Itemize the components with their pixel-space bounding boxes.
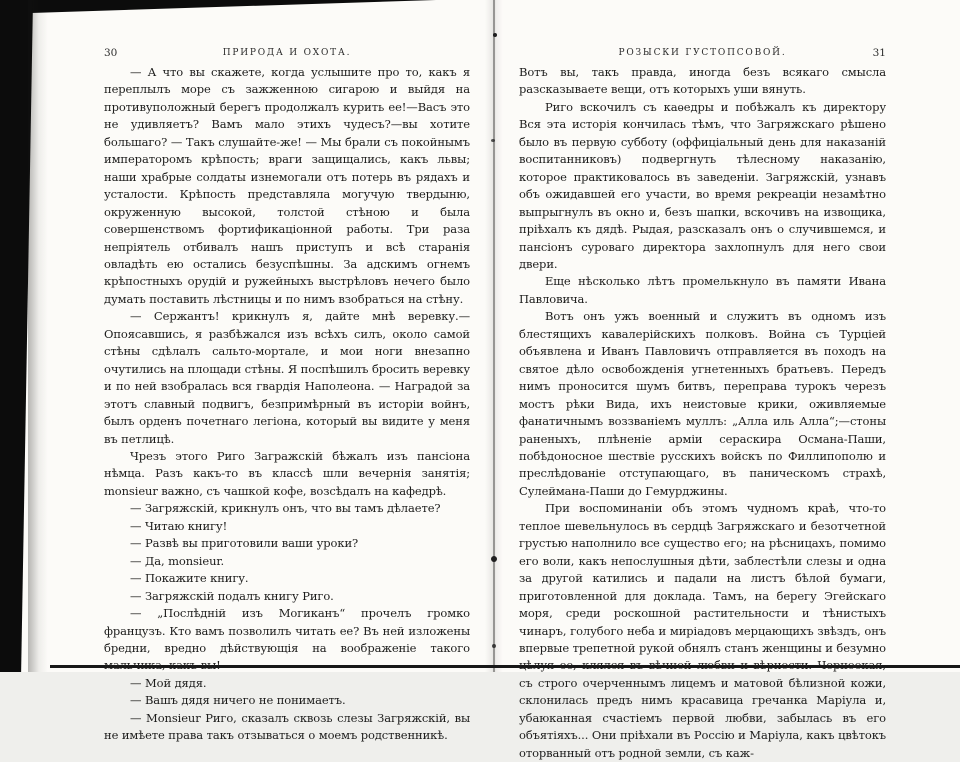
paragraph: Вотъ онъ ужъ военный и служитъ въ одномъ… xyxy=(519,308,886,500)
left-page-text: — А что вы скажете, когда услышите про т… xyxy=(104,64,470,660)
paragraph: — Развѣ вы приготовили ваши уроки? xyxy=(104,535,470,552)
paragraph: — Покажите книгу. xyxy=(104,570,470,587)
paragraph: — Сержантъ! крикнулъ я, дайте мнѣ веревк… xyxy=(104,308,470,448)
right-page-text: Вотъ вы, такъ правда, иногда безъ всякаг… xyxy=(519,64,886,660)
paragraph: — Да, monsieur. xyxy=(104,553,470,570)
left-running-head: ПРИРОДА И ОХОТА. xyxy=(130,48,444,58)
paragraph: — Загряжскій, крикнулъ онъ, что вы тамъ … xyxy=(104,500,470,517)
paragraph: Риго вскочилъ съ каѳедры и побѣжалъ къ д… xyxy=(519,99,886,274)
paragraph: Еще нѣсколько лѣтъ промелькнуло въ памят… xyxy=(519,273,886,308)
paragraph: — „Послѣдній изъ Могиканъ“ прочелъ громк… xyxy=(104,605,470,672)
paragraph: — Загряжскій подалъ книгу Риго. xyxy=(104,588,470,605)
page-edge-shadow xyxy=(28,0,48,672)
scan-speck xyxy=(493,33,497,37)
paragraph: Вотъ вы, такъ правда, иногда безъ всякаг… xyxy=(519,64,886,99)
paragraph: Чрезъ этого Риго Загражскій бѣжалъ изъ п… xyxy=(104,448,470,500)
book-scan: 30 ПРИРОДА И ОХОТА. — А что вы скажете, … xyxy=(0,0,960,672)
scan-speck xyxy=(492,644,496,648)
scan-speck xyxy=(491,139,495,142)
scan-top-edge-shadow xyxy=(0,0,436,14)
paragraph: — Читаю книгу! xyxy=(104,518,470,535)
paragraph: При воспоминаніи объ этомъ чудномъ краѣ,… xyxy=(519,500,886,672)
left-page-number: 30 xyxy=(104,47,130,59)
left-page-header: 30 ПРИРОДА И ОХОТА. xyxy=(104,46,470,60)
paragraph: — А что вы скажете, когда услышите про т… xyxy=(104,64,470,308)
center-gutter-line xyxy=(493,0,495,672)
right-page-header: РОЗЫСКИ ГУСТОПСОВОЙ. 31 xyxy=(519,46,886,60)
scan-speck xyxy=(491,556,497,562)
right-running-head: РОЗЫСКИ ГУСТОПСОВОЙ. xyxy=(545,48,860,58)
right-page-number: 31 xyxy=(860,47,886,59)
